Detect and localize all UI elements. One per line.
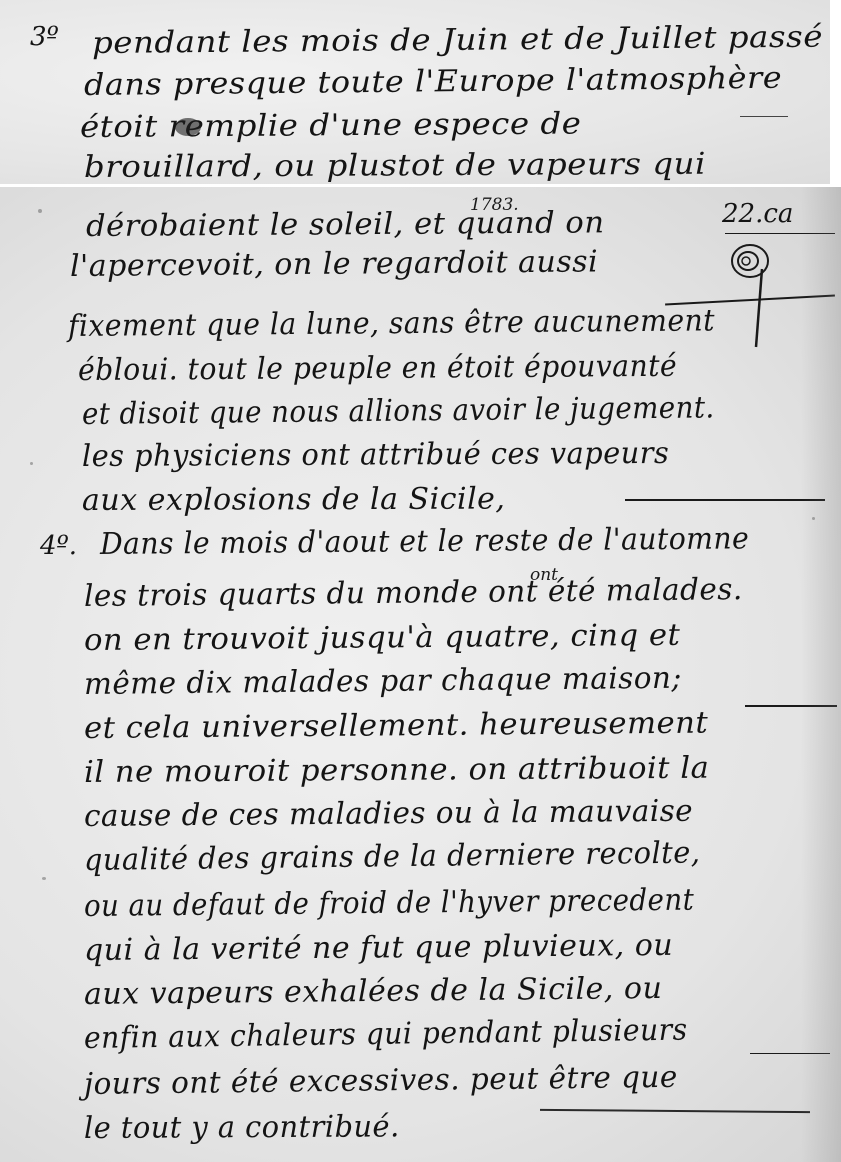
- end-rule: [745, 705, 837, 707]
- item-number-3: 3º: [30, 22, 59, 52]
- paragraph-flourish-icon: [728, 239, 788, 349]
- manuscript-line: même dix malades par chaque maison;: [84, 661, 682, 702]
- manuscript-line: qui à la verité ne fut que pluvieux, ou: [84, 928, 673, 968]
- manuscript-line: et cela universellement. heureusement: [84, 706, 709, 746]
- manuscript-line: fixement que la lune, sans être aucuneme…: [68, 303, 715, 344]
- manuscript-line: qualité des grains de la derniere recolt…: [84, 835, 701, 878]
- manuscript-line: cause de ces maladies ou à la mauvaise: [84, 794, 693, 834]
- ink-blot: [175, 118, 201, 136]
- manuscript-line: brouillard, ou plustot de vapeurs qui: [84, 147, 706, 184]
- manuscript-line: dérobaient le soleil, et quand on: [86, 205, 605, 244]
- paper-speck: [812, 517, 815, 520]
- end-rule: [625, 499, 825, 501]
- end-rule: [750, 1053, 830, 1054]
- manuscript-line: et disoit que nous allions avoir le juge…: [82, 390, 715, 432]
- manuscript-strip-bottom: 1783. 22.ca dérobaient le soleil, et qua…: [0, 187, 841, 1162]
- paper-speck: [38, 209, 42, 213]
- manuscript-line: ébloui. tout le peuple en étoit épouvant…: [78, 349, 677, 388]
- manuscript-line: le tout y a contribué.: [84, 1109, 400, 1146]
- end-rule: [540, 1109, 810, 1113]
- dash-mark: [740, 116, 788, 117]
- manuscript-line: dans presque toute l'Europe l'atmosphère: [84, 61, 783, 103]
- manuscript-line: il ne mouroit personne. on attribuoit la: [84, 751, 710, 790]
- margin-note: 22.ca: [722, 199, 793, 229]
- paper-speck: [42, 877, 46, 880]
- manuscript-line: les physiciens ont attribué ces vapeurs: [82, 436, 669, 474]
- paper-speck: [30, 462, 33, 465]
- manuscript-line: pendant les mois de Juin et de Juillet p…: [92, 20, 823, 61]
- manuscript-line: aux explosions de la Sicile,: [82, 482, 506, 518]
- item-number-4: 4º.: [40, 531, 77, 561]
- manuscript-line: jours ont été excessives. peut être que: [84, 1060, 678, 1102]
- manuscript-line: ou au defaut de froid de l'hyver precede…: [84, 883, 695, 924]
- manuscript-line: étoit remplie d'une espece de: [80, 106, 582, 145]
- manuscript-strip-top: 3º pendant les mois de Juin et de Juille…: [0, 0, 830, 184]
- manuscript-line: l'apercevoit, on le regardoit aussi: [70, 244, 598, 284]
- margin-rule: [725, 233, 835, 234]
- manuscript-line: enfin aux chaleurs qui pendant plusieurs: [84, 1013, 688, 1056]
- manuscript-line: Dans le mois d'aout et le reste de l'aut…: [100, 521, 750, 562]
- manuscript-line: on en trouvoit jusqu'à quatre, cinq et: [84, 618, 681, 658]
- manuscript-line: les trois quarts du monde ont été malade…: [84, 572, 743, 614]
- manuscript-line: aux vapeurs exhalées de la Sicile, ou: [84, 971, 663, 1012]
